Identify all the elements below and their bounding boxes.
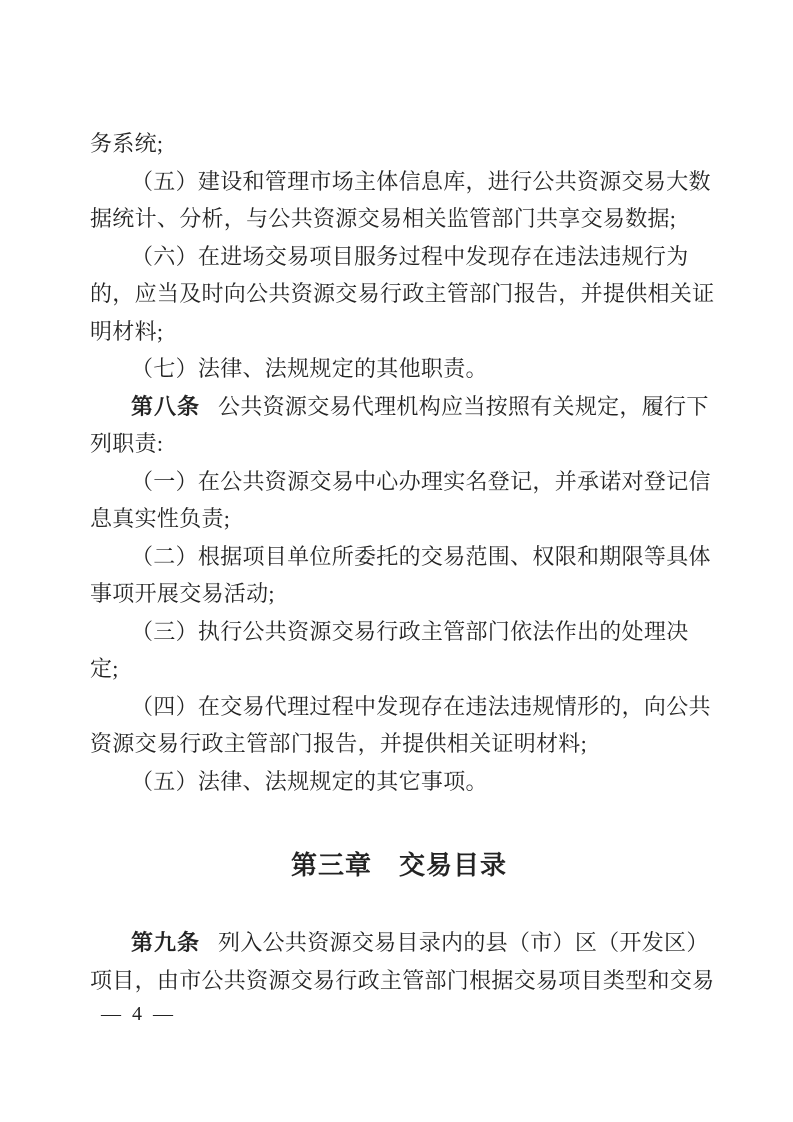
text-line: （五）法律、法规规定的其它事项。 bbox=[90, 763, 708, 801]
text-segment: 列入公共资源交易目录内的县（市）区（开发区） bbox=[218, 930, 709, 955]
article-number-label: 第八条 bbox=[131, 394, 200, 419]
text-line: 项目，由市公共资源交易行政主管部门根据交易项目类型和交易 bbox=[90, 962, 708, 1000]
text-line: 事项开展交易活动; bbox=[90, 575, 708, 613]
page-number: — 4 — bbox=[101, 1001, 176, 1027]
document-page: 务系统; （五）建设和管理市场主体信息库，进行公共资源交易大数 据统计、分析，与… bbox=[0, 0, 793, 1122]
text-line: 资源交易行政主管部门报告，并提供相关证明材料; bbox=[90, 725, 708, 763]
text-line: 列职责: bbox=[90, 425, 708, 463]
text-line: （二）根据项目单位所委托的交易范围、权限和期限等具体 bbox=[90, 538, 708, 576]
text-line: （七）法律、法规规定的其他职责。 bbox=[90, 350, 708, 388]
text-line: （六）在进场交易项目服务过程中发现存在违法违规行为 bbox=[90, 238, 708, 276]
text-line: （五）建设和管理市场主体信息库，进行公共资源交易大数 bbox=[90, 163, 708, 201]
text-line: 明材料; bbox=[90, 313, 708, 351]
text-line: （一）在公共资源交易中心办理实名登记，并承诺对登记信 bbox=[90, 463, 708, 501]
text-line: （四）在交易代理过程中发现存在违法违规情形的，向公共 bbox=[90, 688, 708, 726]
text-line: 定; bbox=[90, 650, 708, 688]
text-line: 第九条列入公共资源交易目录内的县（市）区（开发区） bbox=[90, 924, 708, 962]
text-line: 务系统; bbox=[90, 125, 708, 163]
text-line: 息真实性负责; bbox=[90, 500, 708, 538]
text-line: 据统计、分析，与公共资源交易相关监管部门共享交易数据; bbox=[90, 200, 708, 238]
text-line: 的，应当及时向公共资源交易行政主管部门报告，并提供相关证 bbox=[90, 275, 708, 313]
text-line: （三）执行公共资源交易行政主管部门依法作出的处理决 bbox=[90, 613, 708, 651]
document-body: 务系统; （五）建设和管理市场主体信息库，进行公共资源交易大数 据统计、分析，与… bbox=[90, 125, 708, 999]
text-line: 第八条公共资源交易代理机构应当按照有关规定，履行下 bbox=[90, 388, 708, 426]
article-number-label: 第九条 bbox=[131, 930, 200, 955]
text-segment: 公共资源交易代理机构应当按照有关规定，履行下 bbox=[218, 394, 709, 419]
chapter-heading: 第三章 交易目录 bbox=[90, 846, 708, 884]
